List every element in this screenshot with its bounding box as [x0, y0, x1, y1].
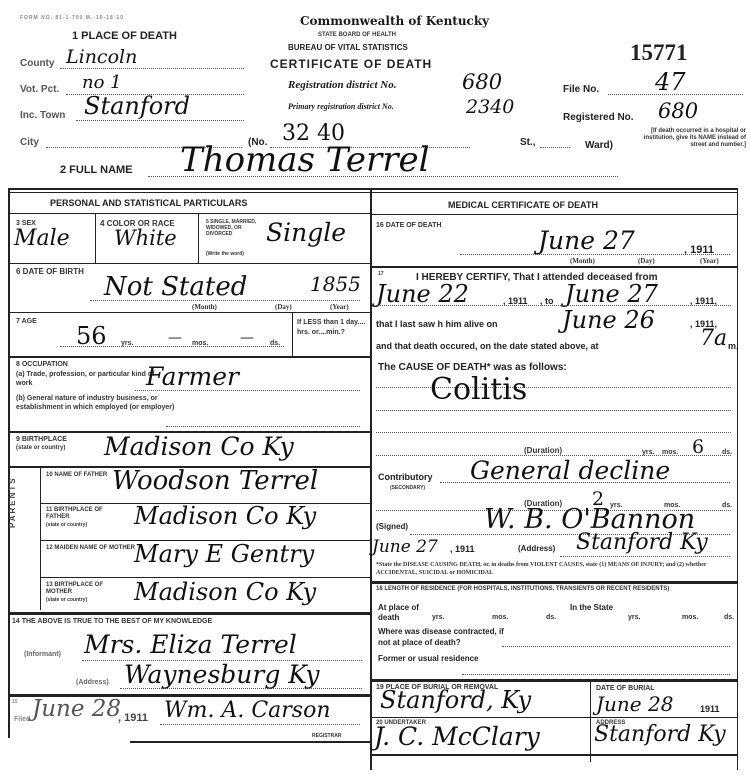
occupation-a-value: Farmer — [146, 362, 239, 391]
residence-heading: 18 LENGTH OF RESIDENCE (FOR HOSPITALS, I… — [376, 585, 726, 593]
occupation-label: 8 OCCUPATION — [16, 361, 68, 369]
birthplace-value: Madison Co Ky — [104, 432, 294, 461]
registrar-signature: Wm. A. Carson — [164, 698, 331, 723]
death-occurred-time: 7a — [700, 326, 727, 351]
file-no-label: File No. — [563, 84, 599, 95]
primary-district-label: Primary registration district No. — [288, 102, 394, 111]
dob-year-label: (Year) — [330, 303, 349, 311]
contributory-value: General decline — [470, 456, 670, 485]
informant-address-label: (Address) — [76, 679, 109, 687]
last-saw-value: June 26 — [562, 306, 655, 334]
undertaker-address-value: Stanford Ky — [594, 722, 726, 747]
parents-side-label: PARENTS — [8, 476, 17, 528]
certificate-number: 15771 — [630, 40, 688, 66]
burial-date-year: 1911 — [700, 704, 720, 714]
ward-label: Ward) — [585, 140, 613, 151]
bureau-heading: BUREAU OF VITAL STATISTICS — [288, 43, 408, 52]
former-residence-label: Former or usual residence — [378, 653, 498, 664]
dob-day-label: (Day) — [275, 303, 292, 311]
at-place-mos-label: mos. — [492, 614, 508, 622]
at-place-yrs-label: yrs. — [432, 614, 444, 622]
vot-pct-label: Vot. Pct. — [20, 84, 59, 95]
inc-town-label: Inc. Town — [20, 110, 65, 121]
dob-label: 6 DATE OF BIRTH — [16, 268, 84, 276]
cause-duration-label: (Duration) — [524, 447, 562, 455]
less-than-label: If LESS than 1 day.... hrs. or....min.? — [297, 318, 367, 338]
death-occurred-suffix: m. — [728, 341, 739, 351]
physician-address-value: Stanford Ky — [576, 530, 708, 555]
birthplace-sub: (state or country) — [16, 444, 65, 452]
age-ds-label: ds. — [270, 340, 280, 348]
date-of-death-value: June 27 — [538, 226, 635, 255]
sex-value: Male — [14, 226, 70, 251]
signed-date: June 27 — [372, 537, 438, 557]
physician-address-label: (Address) — [518, 544, 555, 553]
attended-to-value: June 27 — [565, 280, 658, 308]
filed-label: Filed — [14, 716, 30, 724]
contracted-label: Where was disease contracted, if not at … — [378, 626, 518, 648]
full-name-value: Thomas Terrel — [180, 140, 429, 180]
place-of-death-heading: 1 PLACE OF DEATH — [72, 30, 177, 42]
mother-name-label: 12 MAIDEN NAME OF MOTHER — [46, 545, 136, 552]
full-name-label: 2 FULL NAME — [60, 164, 133, 176]
registration-district-label: Registration district No. — [288, 79, 397, 91]
age-mos-label: mos. — [192, 340, 208, 348]
marital-value: Single — [266, 218, 346, 247]
in-state-mos-label: mos. — [682, 614, 698, 622]
birthplace-label: 9 BIRTHPLACE — [16, 436, 67, 444]
father-birthplace-sub: (state or country) — [46, 521, 87, 529]
cause-duration-value: 6 — [692, 436, 704, 458]
street-label: St., — [520, 137, 536, 148]
contributory-ds-label: ds. — [722, 502, 732, 510]
cause-footnote: *State the DISEASE CAUSING DEATH, or, in… — [376, 561, 734, 577]
vot-pct-value: no 1 — [82, 72, 122, 93]
form-number: FORM NO. 81-1-700 M.-10-18-10 — [20, 14, 124, 22]
dod-year-label: (Year) — [700, 257, 719, 265]
certify-number: 17 — [378, 270, 384, 278]
filing-number: 15 — [12, 698, 18, 706]
at-place-label: At place of death — [378, 603, 438, 623]
informant-address-value: Waynesburg Ky — [124, 660, 319, 689]
signed-year: , 1911 — [450, 544, 475, 554]
father-birthplace-label: 11 BIRTHPLACE OF FATHER — [46, 507, 126, 521]
burial-place-value: Stanford, Ky — [380, 686, 531, 714]
filed-date: June 28 — [32, 696, 121, 722]
board-heading: STATE BOARD OF HEALTH — [318, 31, 396, 39]
dod-day-label: (Day) — [638, 257, 655, 265]
county-label: County — [20, 58, 54, 69]
in-state-ds-label: ds. — [724, 614, 734, 622]
county-value: Lincoln — [66, 46, 137, 68]
at-place-ds-label: ds. — [546, 614, 556, 622]
occupation-a-label: (a) Trade, profession, or particular kin… — [16, 370, 161, 388]
burial-date-value: June 28 — [596, 692, 673, 716]
mother-birthplace-label: 13 BIRTHPLACE OF MOTHER — [46, 582, 126, 596]
signed-label: (Signed) — [376, 522, 408, 531]
personal-heading: PERSONAL AND STATISTICAL PARTICULARS — [50, 198, 247, 208]
certificate-title: CERTIFICATE OF DEATH — [270, 57, 432, 71]
last-saw-label: that I last saw h him alive on — [376, 319, 498, 329]
contributory-sub: (SECONDARY) — [390, 484, 425, 492]
mother-birthplace-sub: (state or country) — [46, 596, 87, 604]
undertaker-value: J. C. McClary — [374, 722, 540, 751]
registered-no-label: Registered No. — [563, 112, 634, 123]
age-years: 56 — [76, 322, 107, 350]
father-name-value: Woodson Terrel — [112, 466, 318, 496]
occupation-b-label: (b) General nature of industry business,… — [16, 394, 176, 412]
city-label: City — [20, 137, 39, 148]
registration-district-value: 680 — [462, 70, 502, 94]
cause-of-death-value: Colitis — [430, 372, 527, 407]
dob-year: 1855 — [310, 272, 361, 296]
marital-note: (Write the word) — [206, 250, 244, 258]
mother-name-value: Mary E Gentry — [134, 540, 314, 568]
in-state-label: In the State — [570, 603, 620, 613]
age-label: 7 AGE — [16, 318, 37, 326]
inc-town-value: Stanford — [84, 92, 190, 120]
date-of-death-year: , 1911 — [684, 244, 714, 256]
attended-from-value: June 22 — [376, 280, 469, 308]
informant-value: Mrs. Eliza Terrel — [84, 630, 297, 659]
file-no-value: 47 — [655, 68, 686, 96]
marital-label: 5 SINGLE, MARRIED, WIDOWED, OR DIVORCED — [206, 219, 266, 237]
dod-month-label: (Month) — [570, 257, 595, 265]
dob-value: Not Stated — [104, 272, 247, 302]
registrar-label: REGISTRAR — [312, 732, 341, 740]
informant-heading: 14 THE ABOVE IS TRUE TO THE BEST OF MY K… — [12, 618, 212, 626]
dob-month-label: (Month) — [192, 303, 217, 311]
filed-year: , 1911 — [118, 712, 148, 724]
mother-birthplace-value: Madison Co Ky — [134, 578, 316, 606]
father-birthplace-value: Madison Co Ky — [134, 502, 316, 530]
cause-ds-label: ds. — [722, 449, 732, 457]
medical-heading: MEDICAL CERTIFICATE OF DEATH — [448, 200, 598, 210]
hospital-note: [If death occurred in a hospital or inst… — [638, 128, 746, 149]
primary-district-value: 2340 — [466, 96, 514, 118]
age-days: — — [240, 330, 254, 346]
contributory-label: Contributory — [378, 472, 433, 482]
in-state-yrs-label: yrs. — [628, 614, 640, 622]
commonwealth-heading: Commonwealth of Kentucky — [300, 14, 489, 28]
date-of-death-label: 16 DATE OF DEATH — [376, 222, 441, 230]
informant-label: (Informant) — [24, 651, 61, 659]
registered-no-value: 680 — [658, 99, 698, 123]
age-months: — — [168, 330, 182, 346]
age-yrs-label: yrs. — [121, 340, 133, 348]
race-value: White — [114, 226, 177, 250]
father-name-label: 10 NAME OF FATHER — [46, 472, 116, 479]
death-occurred-label: and that death occured, on the date stat… — [376, 341, 599, 351]
